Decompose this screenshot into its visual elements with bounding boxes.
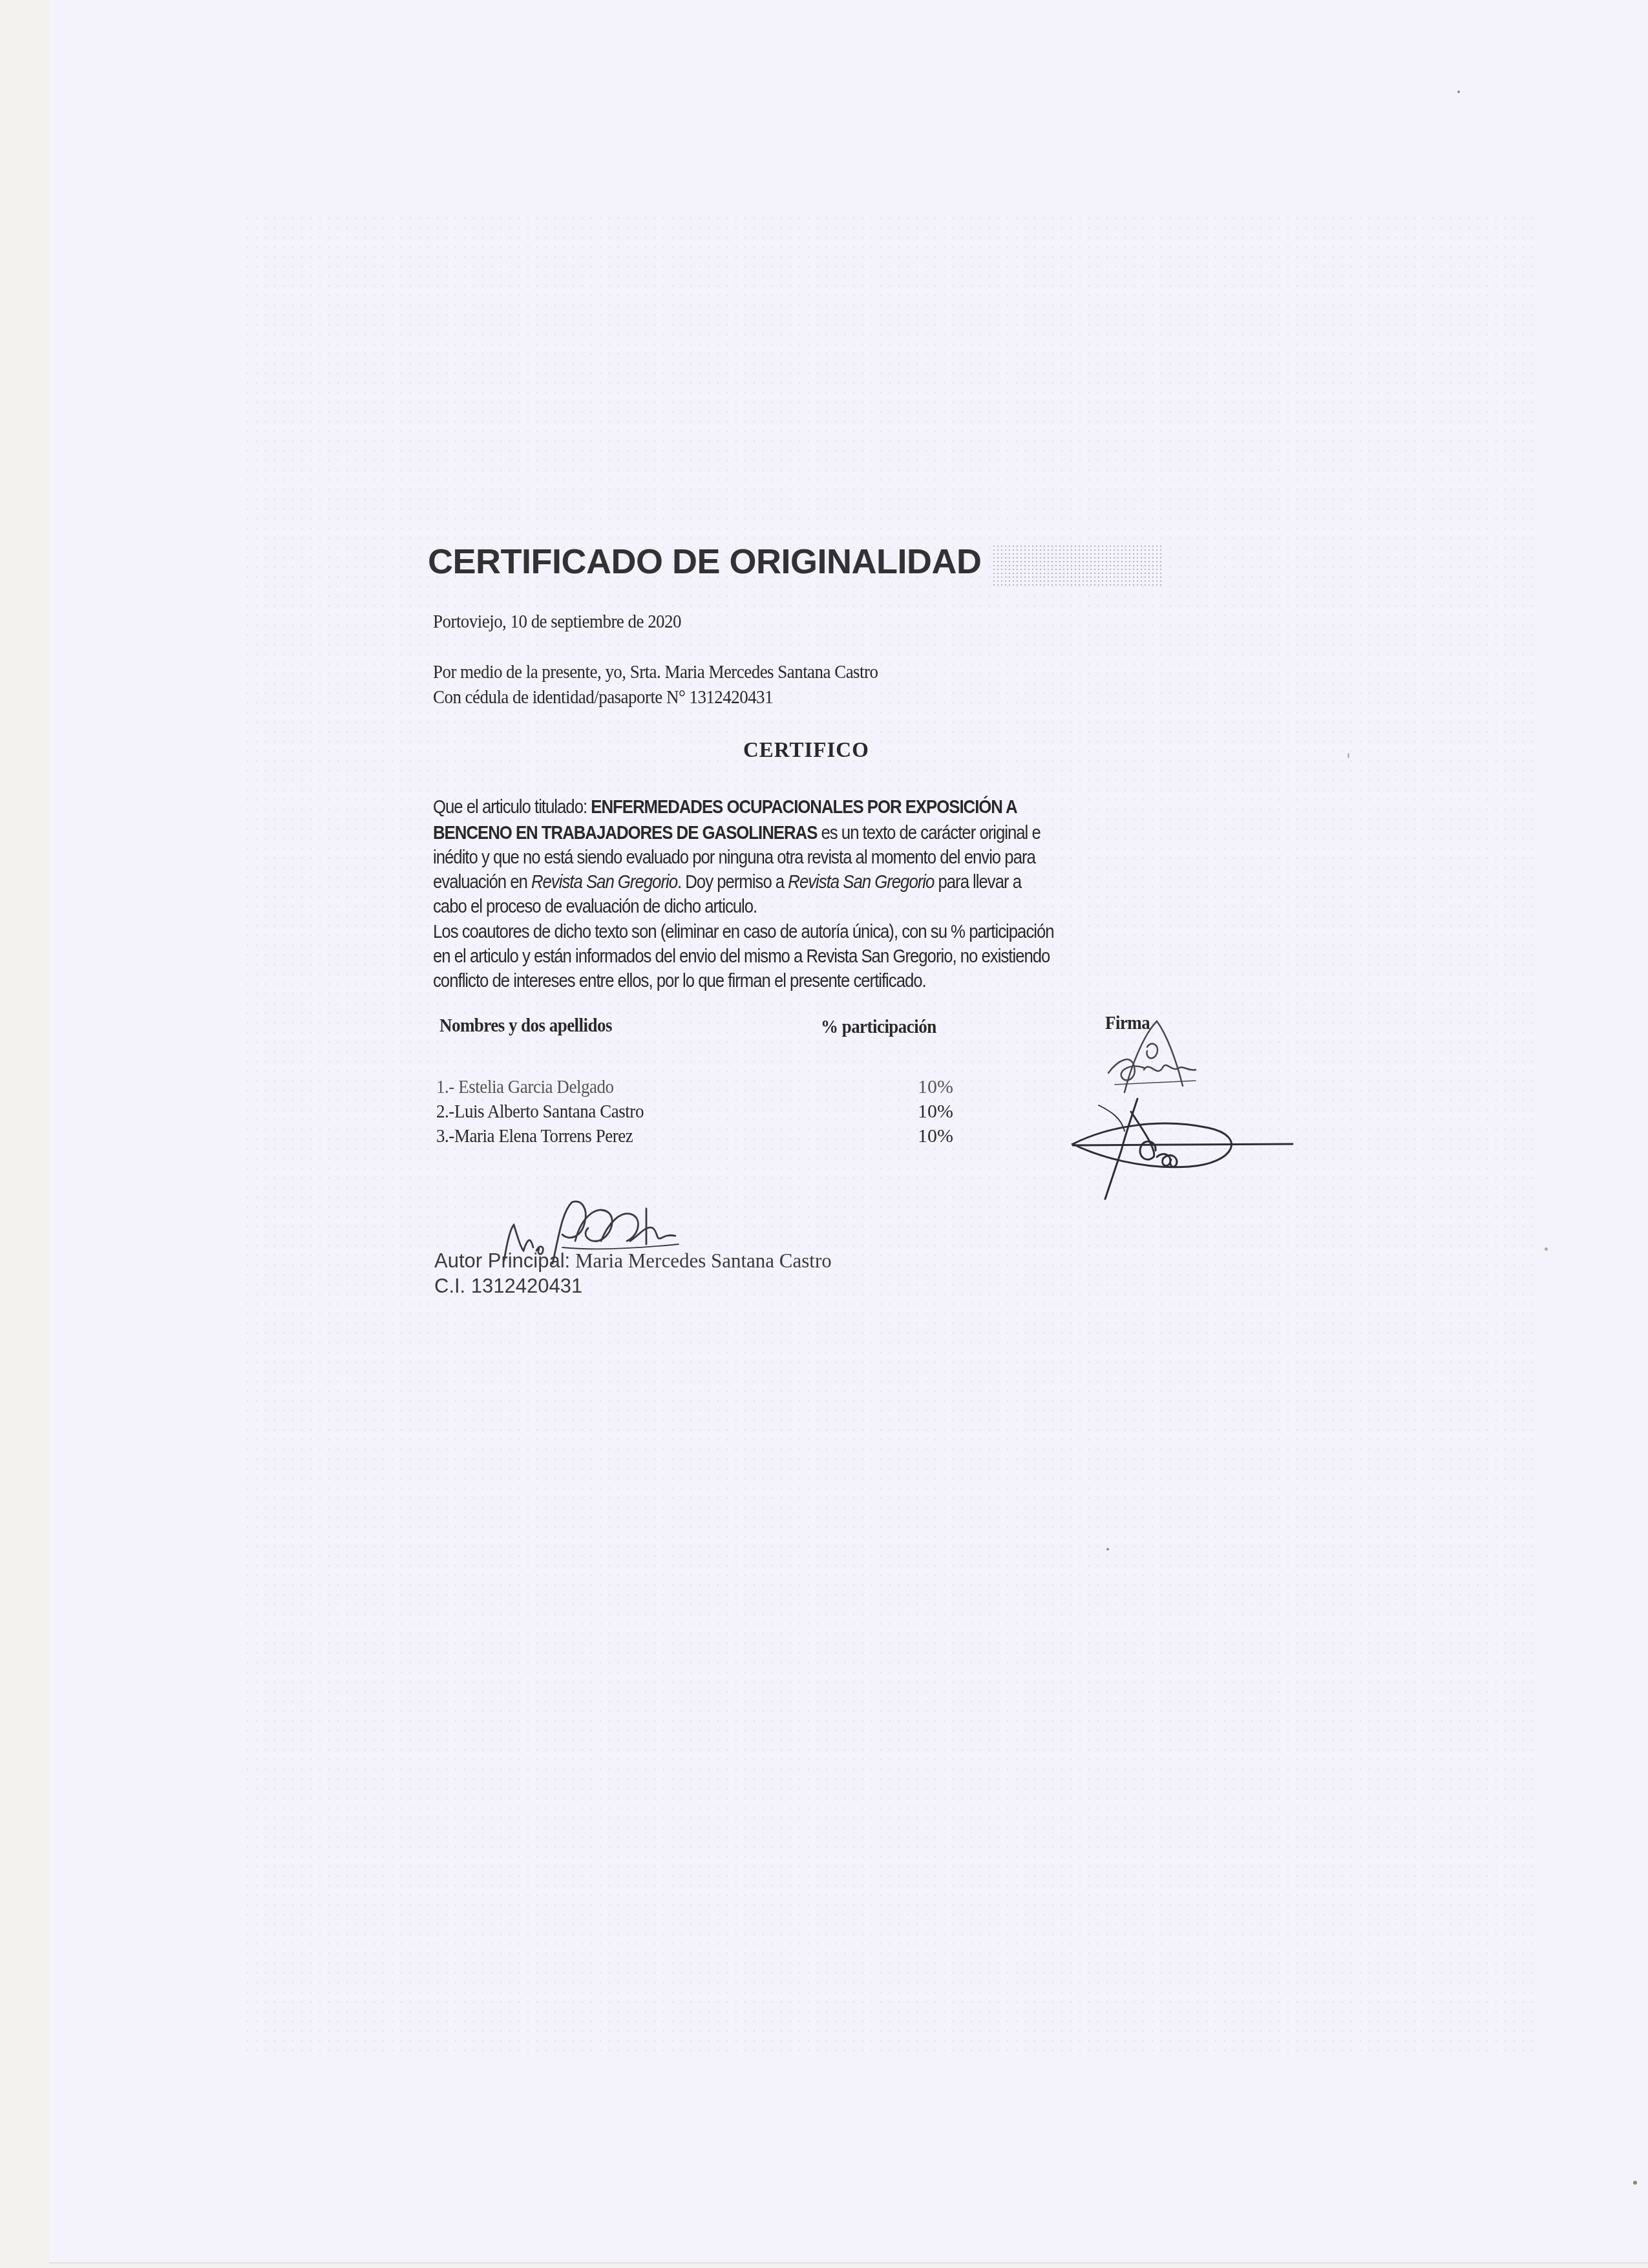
- redacted-shade: [992, 544, 1163, 587]
- section-heading: CERTIFICO: [743, 739, 869, 763]
- paragraph-2-line-2: en el articulo y están informados del en…: [433, 946, 1050, 968]
- paragraph-1-line-4: evaluación en Revista San Gregorio. Doy …: [433, 871, 1021, 893]
- column-header-participation: % participación: [821, 1016, 936, 1038]
- coauthor-row-2-name: 2.-Luis Alberto Santana Castro: [436, 1101, 644, 1123]
- paragraph-2-line-1: Los coautores de dicho texto son (elimin…: [433, 921, 1054, 943]
- journal-name: Revista San Gregorio: [788, 871, 934, 893]
- scan-speck: [1545, 1247, 1548, 1251]
- article-title-part-2: BENCENO EN TRABAJADORES DE GASOLINERAS: [433, 822, 817, 843]
- author-id-line: C.I. 1312420431: [434, 1275, 582, 1298]
- signature-coauthor-1: [1086, 1008, 1215, 1099]
- line-4-a: evaluación en: [433, 871, 531, 893]
- line-2-rest: es un texto de carácter original e: [817, 822, 1040, 843]
- column-header-name: Nombres y dos apellidos: [439, 1015, 612, 1037]
- document-title: CERTIFICADO DE ORIGINALIDAD: [428, 542, 982, 582]
- signature-coauthor-2: [1060, 1086, 1299, 1202]
- intro-line-2: Con cédula de identidad/pasaporte N° 131…: [433, 686, 773, 708]
- intro-line-1: Por medio de la presente, yo, Srta. Mari…: [433, 661, 878, 683]
- paragraph-1-line-5: cabo el proceso de evaluación de dicho a…: [433, 896, 757, 918]
- coauthor-row-1-name: 1.- Estelia Garcia Delgado: [436, 1076, 614, 1098]
- paragraph-2-line-3: conflicto de intereses entre ellos, por …: [433, 970, 926, 992]
- scan-speck: [1347, 753, 1349, 758]
- journal-name: Revista San Gregorio: [531, 871, 677, 893]
- author-name: Maria Mercedes Santana Castro: [570, 1249, 832, 1272]
- coauthor-row-1-participation: 10%: [918, 1076, 953, 1098]
- coauthor-row-3-participation: 10%: [918, 1125, 953, 1147]
- line-4-c: . Doy permiso a: [677, 871, 788, 893]
- main-author-line: Autor Principal: Maria Mercedes Santana …: [434, 1249, 832, 1273]
- paragraph-1-line-1: Que el articulo titulado: ENFERMEDADES O…: [433, 796, 1017, 818]
- lead-text: Que el articulo titulado:: [433, 796, 591, 818]
- coauthor-row-2-participation: 10%: [918, 1101, 953, 1123]
- author-label: Autor Principal:: [434, 1249, 570, 1272]
- coauthor-row-3-name: 3.-Maria Elena Torrens Perez: [436, 1125, 633, 1147]
- article-title-part-1: ENFERMEDADES OCUPACIONALES POR EXPOSICIÓ…: [591, 796, 1017, 818]
- scan-speck: [1633, 2181, 1637, 2185]
- certificate-document: CERTIFICADO DE ORIGINALIDAD Portoviejo, …: [0, 0, 1648, 2268]
- scan-speck: [1106, 1548, 1109, 1551]
- line-4-e: para llevar a: [934, 871, 1021, 893]
- paragraph-1-line-2: BENCENO EN TRABAJADORES DE GASOLINERAS e…: [433, 822, 1041, 844]
- paragraph-1-line-3: inédito y que no está siendo evaluado po…: [433, 847, 1035, 869]
- place-date: Portoviejo, 10 de septiembre de 2020: [433, 611, 681, 633]
- scan-speck: [1457, 90, 1460, 93]
